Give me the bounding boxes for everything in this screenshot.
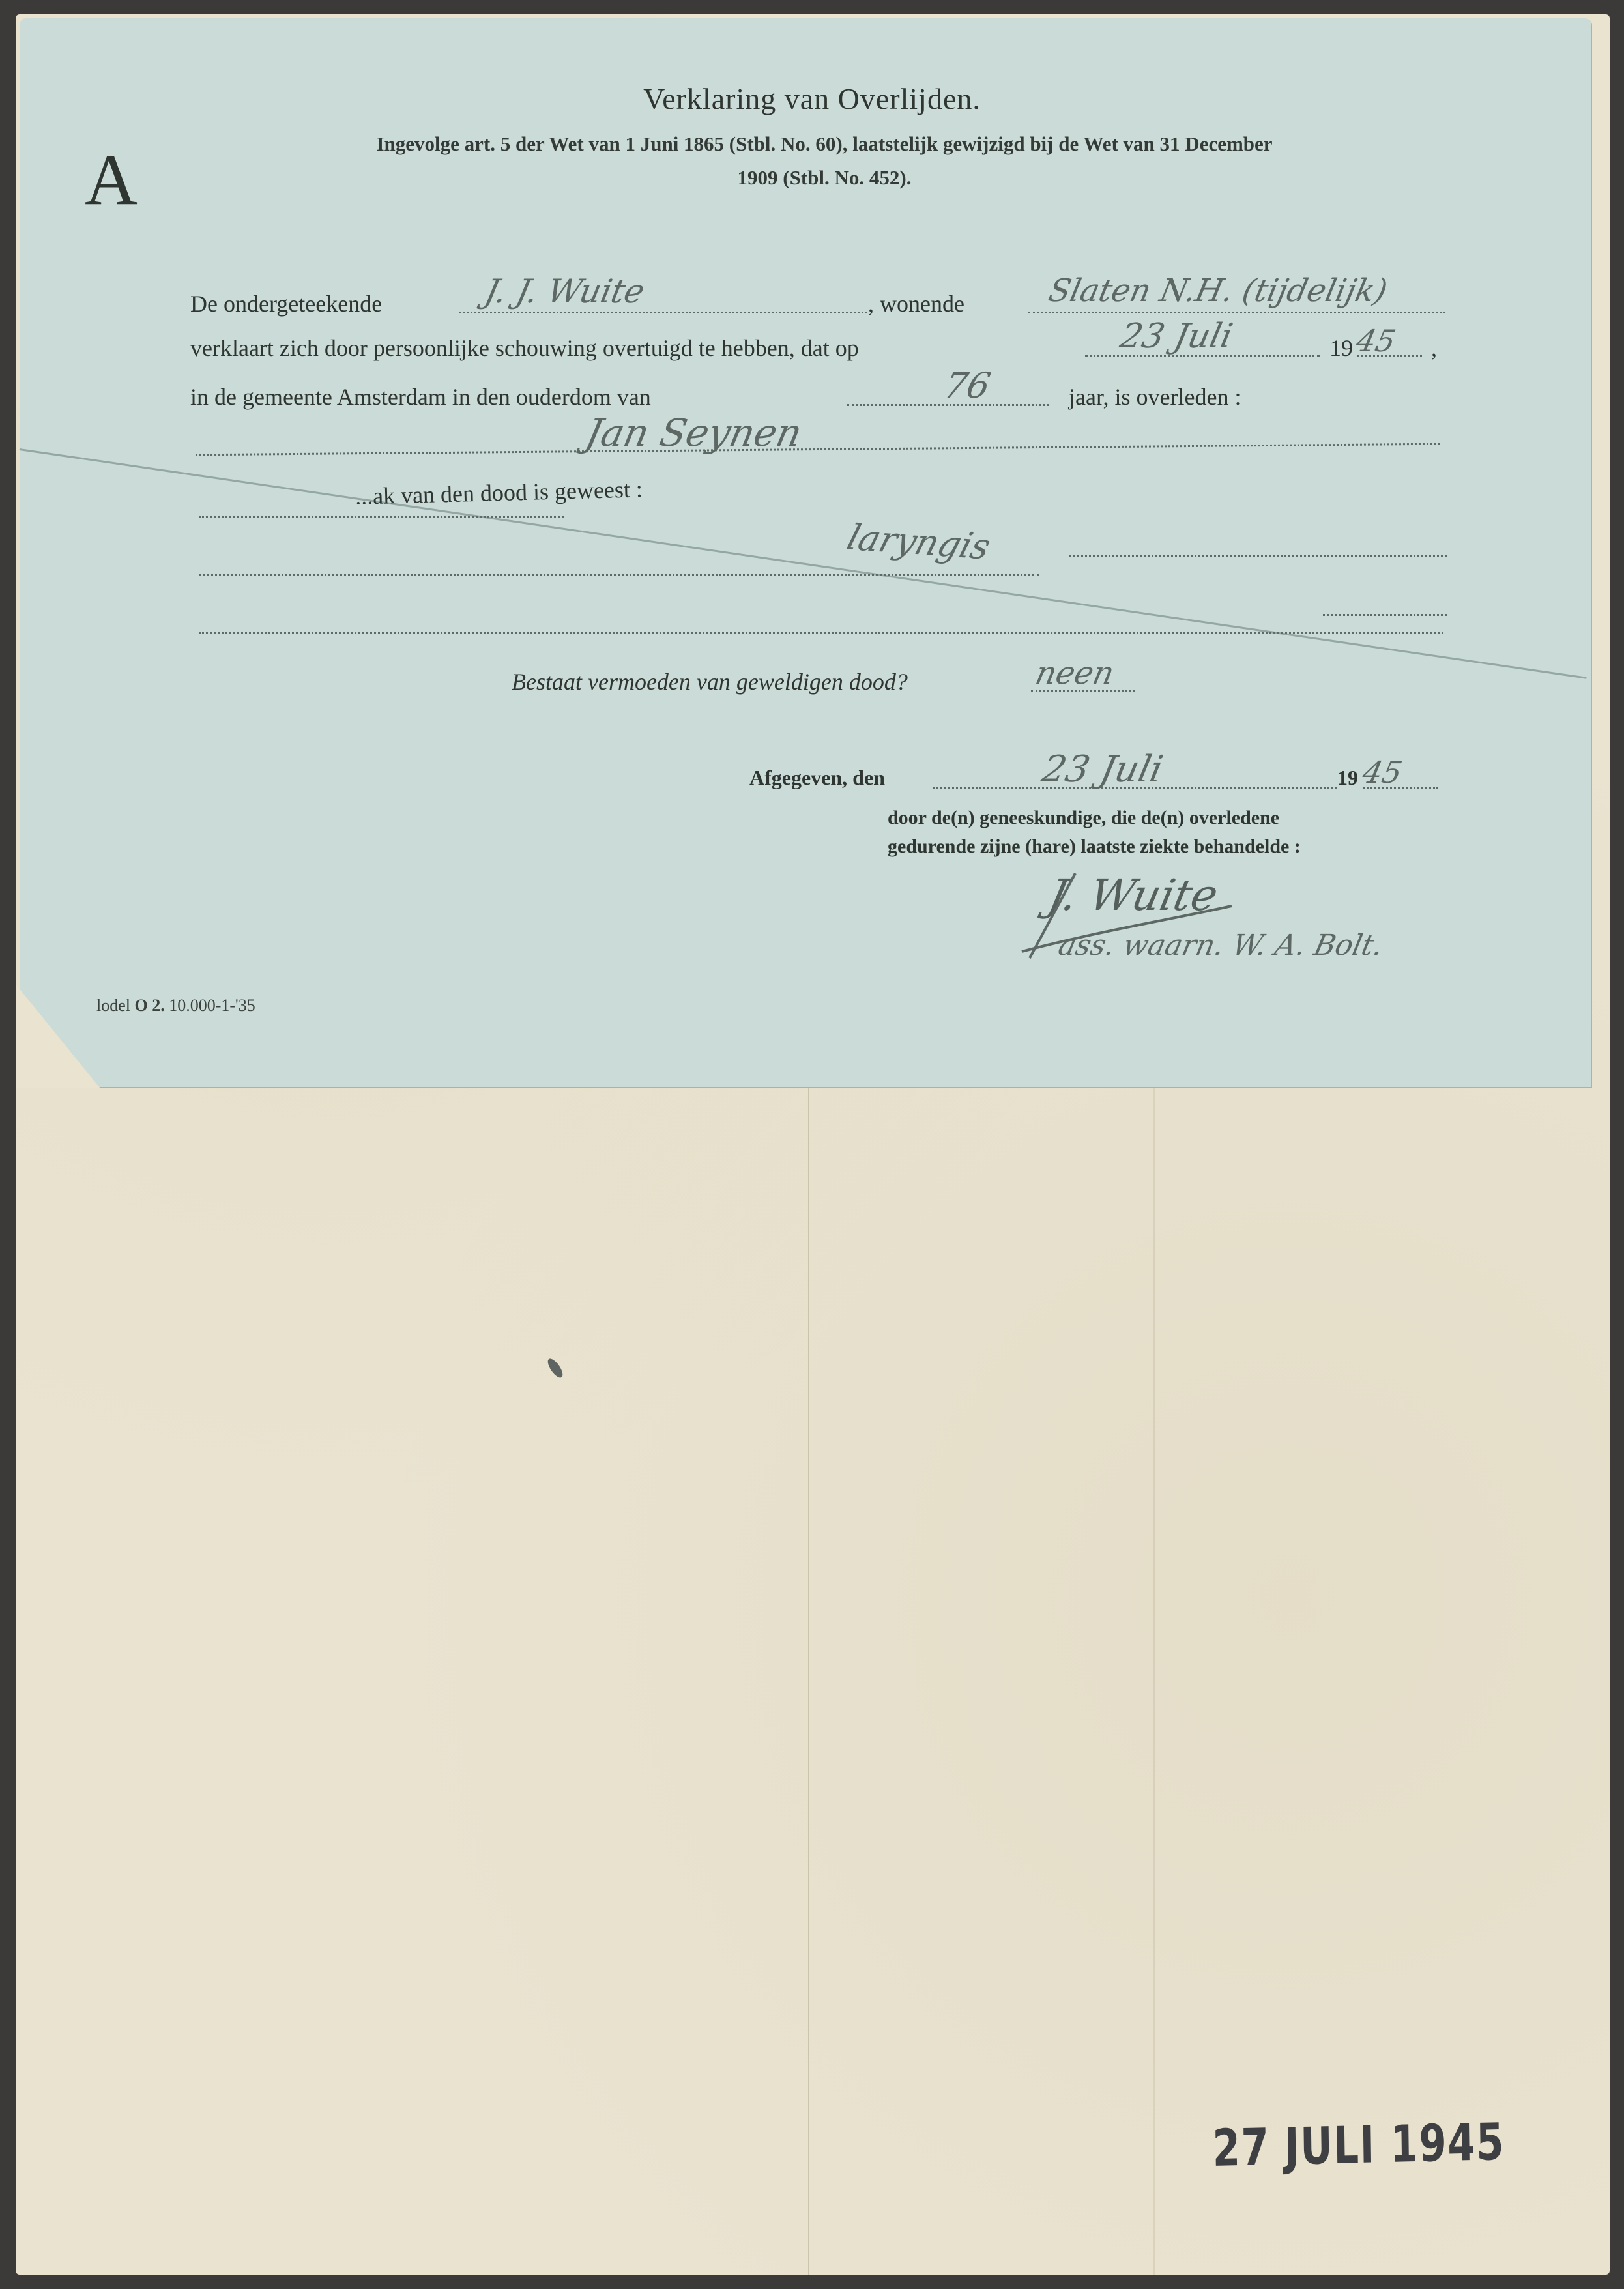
deceased-name-value: Jan Seynen xyxy=(582,411,806,455)
cause-line-2 xyxy=(1069,555,1447,557)
fold-crease xyxy=(808,1088,809,2275)
municipality-age-label: in de gemeente Amsterdam in den ouderdom… xyxy=(190,383,651,411)
issued-year-value: 45 xyxy=(1359,755,1405,790)
cause-line-5 xyxy=(199,632,1443,634)
comma: , xyxy=(1431,334,1437,362)
model-print-run: 10.000-1-'35 xyxy=(169,996,255,1015)
inspection-statement: verklaart zich door persoonlijke schouwi… xyxy=(190,334,859,362)
physician-line-1: door de(n) geneeskundige, die de(n) over… xyxy=(888,807,1279,829)
model-prefix: lodel xyxy=(96,996,130,1015)
legal-reference-line-1: Ingevolge art. 5 der Wet van 1 Juni 1865… xyxy=(189,127,1460,161)
residence-field-line xyxy=(1028,312,1445,313)
cause-line-1 xyxy=(199,516,564,518)
age-value: 76 xyxy=(940,365,994,406)
cause-line-3 xyxy=(199,574,1039,576)
death-year-prefix: 19 xyxy=(1329,334,1353,362)
cause-line-4 xyxy=(1323,614,1447,616)
issued-year-prefix: 19 xyxy=(1337,766,1358,790)
residence-value: Slaten N.H. (tijdelijk) xyxy=(1045,272,1391,309)
issued-date-value: 23 Juli xyxy=(1038,748,1167,791)
death-year-value: 45 xyxy=(1353,323,1399,358)
signatory-label: De ondergeteekende xyxy=(190,290,382,317)
model-code: O 2. xyxy=(135,996,165,1015)
legal-reference: Ingevolge art. 5 der Wet van 1 Juni 1865… xyxy=(189,127,1460,195)
death-year-field-line xyxy=(1357,355,1422,357)
fold-crease xyxy=(1153,1088,1155,2275)
signature-note: ass. waarn. W. A. Bolt. xyxy=(1056,929,1386,962)
issued-year-line xyxy=(1363,787,1438,789)
death-date-value: 23 Juli xyxy=(1117,317,1236,356)
residence-label: , wonende xyxy=(868,290,964,317)
violent-death-answer: neen xyxy=(1032,655,1118,692)
received-date-stamp: 27 JULI 1945 xyxy=(1212,2113,1505,2178)
violent-death-question: Bestaat vermoeden van geweldigen dood? xyxy=(512,668,908,695)
deceased-label: jaar, is overleden : xyxy=(1069,383,1241,411)
form-model-number: lodel O 2. 10.000-1-'35 xyxy=(96,996,255,1015)
document-title: Verklaring van Overlijden. xyxy=(0,81,1624,116)
form-letter: A xyxy=(85,143,138,216)
signatory-field-line xyxy=(459,312,867,313)
issued-label: Afgegeven, den xyxy=(749,766,885,790)
legal-reference-line-2: 1909 (Stbl. No. 452). xyxy=(189,161,1460,195)
physician-line-2: gedurende zijne (hare) laatste ziekte be… xyxy=(888,836,1301,858)
signatory-value: J. J. Wuite xyxy=(482,272,648,310)
